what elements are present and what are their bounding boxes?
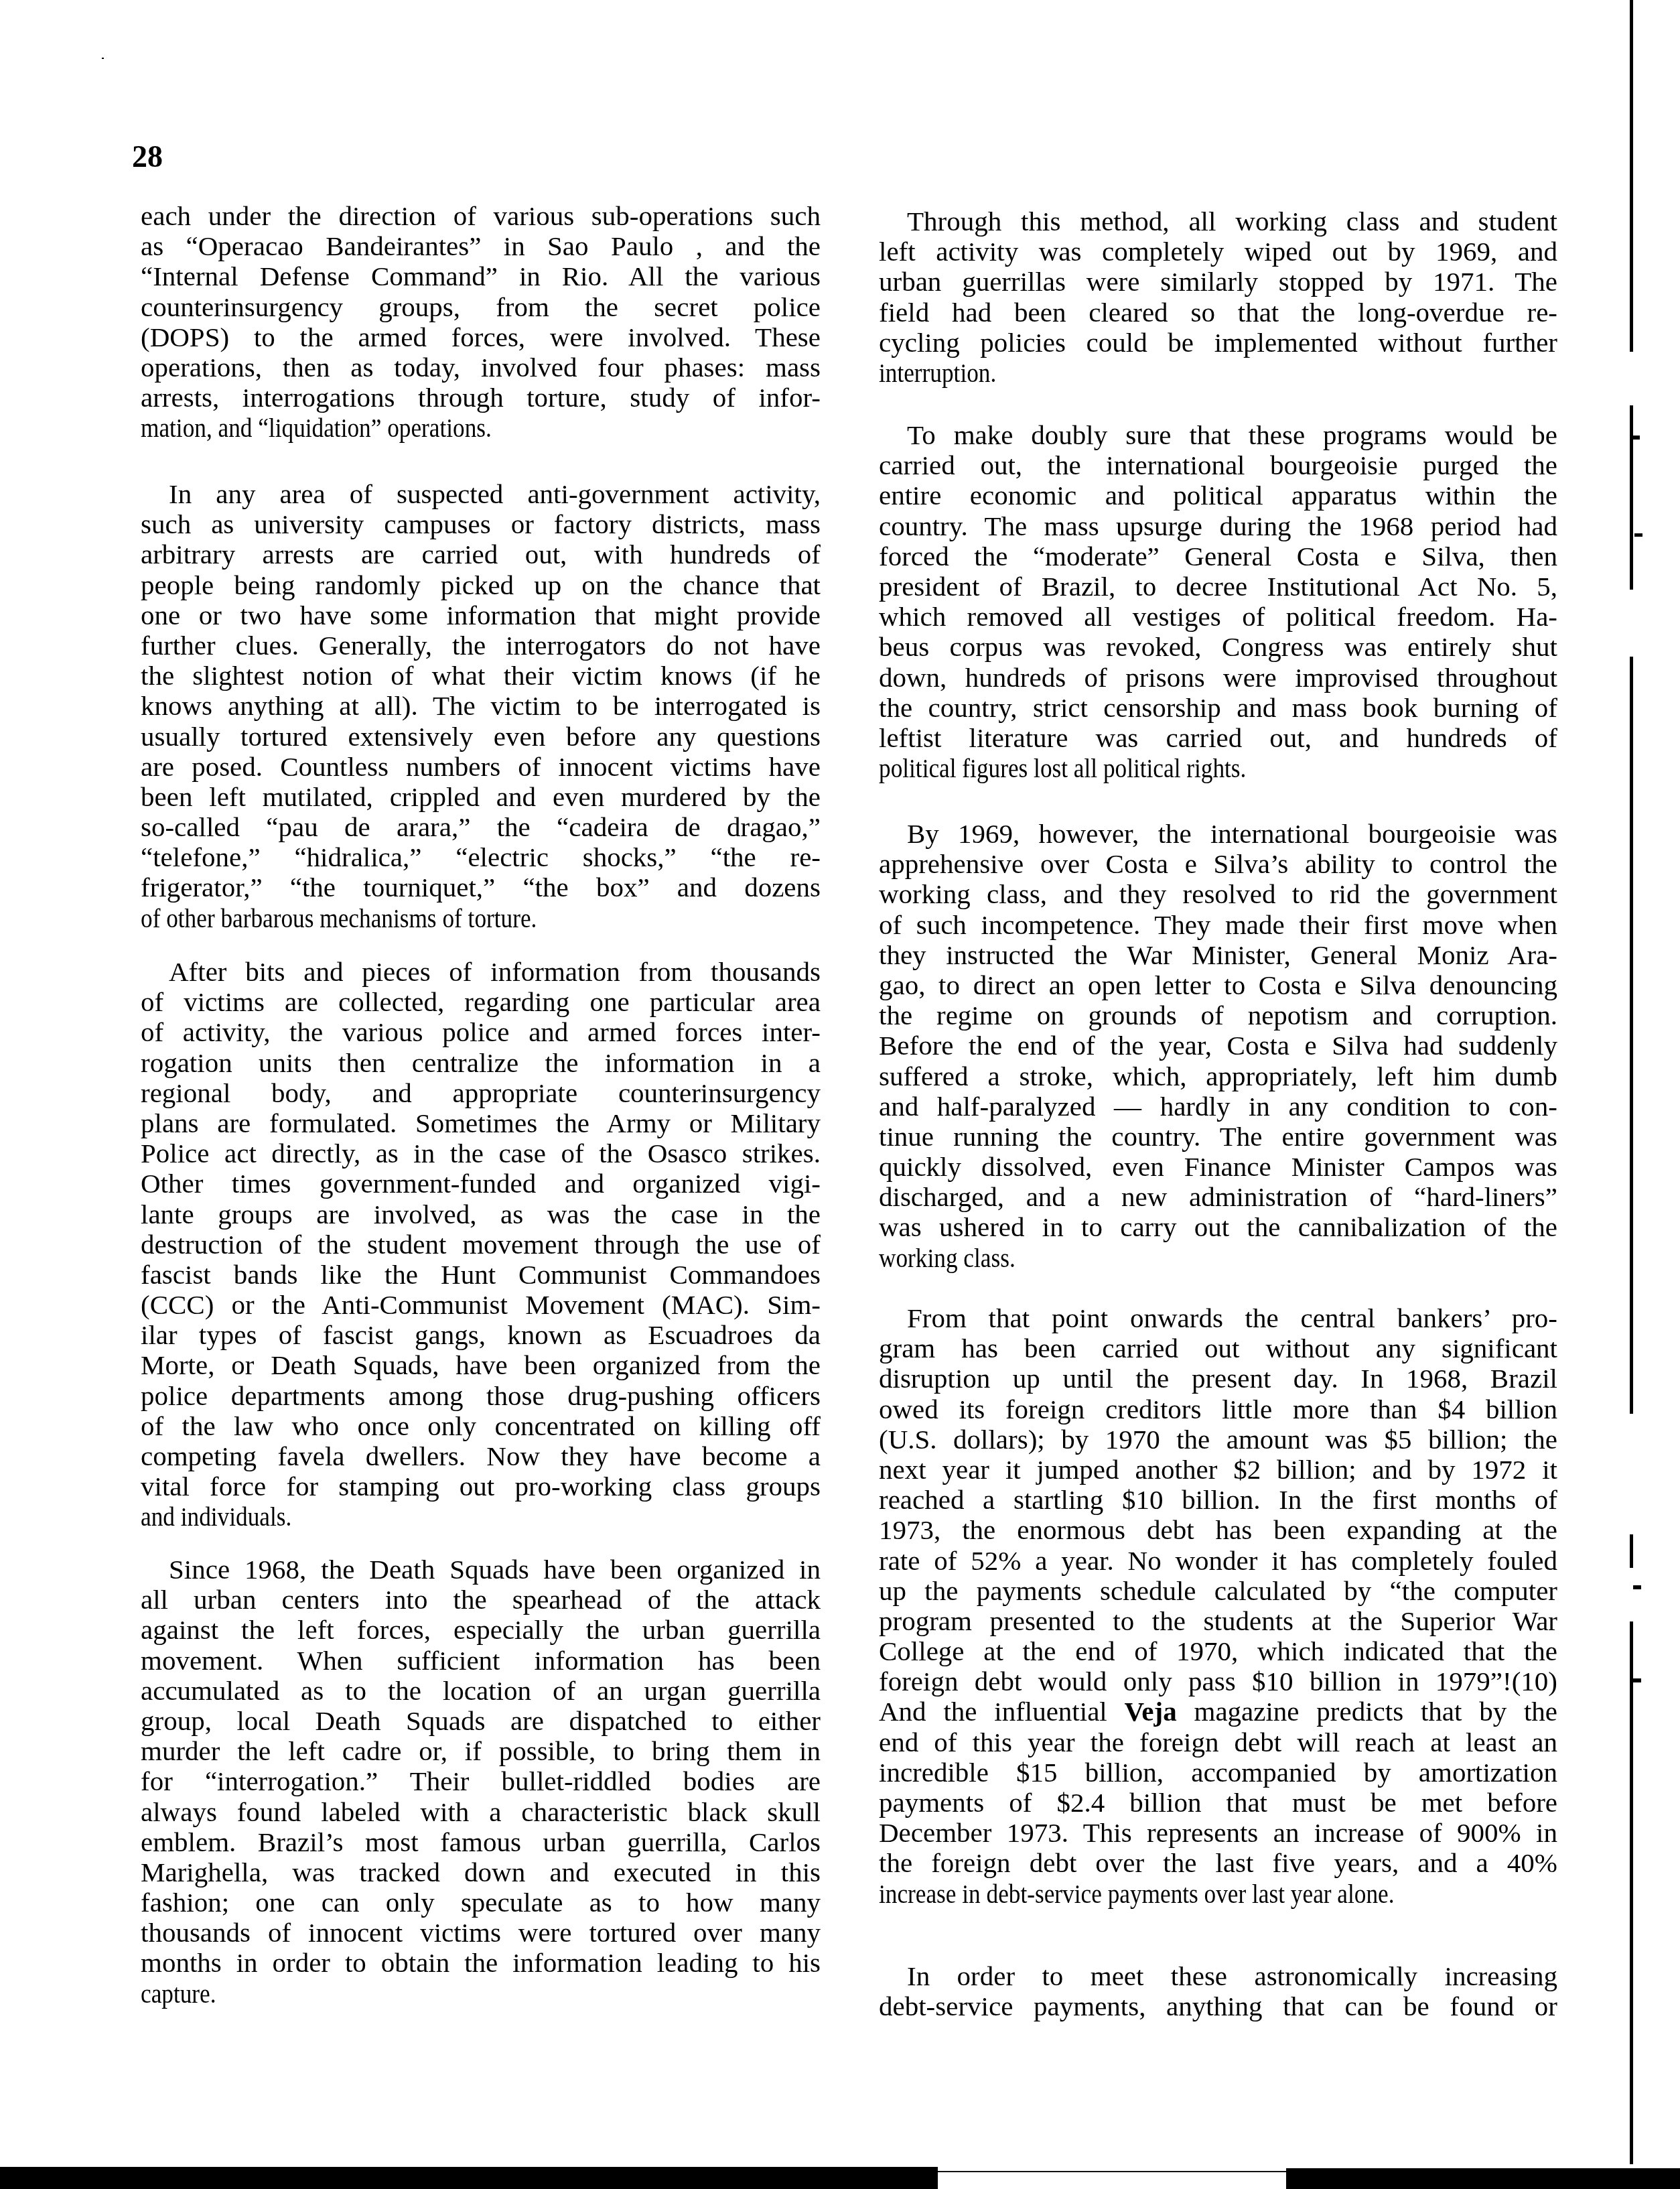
text-line: debt-service payments, anything that can… [879,1991,1557,2021]
text-line: gram has been carried out without any si… [879,1333,1557,1364]
binding-edge-line [1630,0,1633,2164]
paragraph: Since 1968, the Death Squads have been o… [141,1554,821,2009]
text-line: foreign debt would only pass $10 billion… [879,1666,1557,1697]
text-line: suffered a stroke, which, appropriately,… [879,1061,1557,1091]
binding-edge-gap [1628,1568,1634,1621]
text-line: country. The mass upsurge during the 196… [879,511,1557,541]
text-line: In order to meet these astronomically in… [879,1961,1557,1991]
paragraph: In order to meet these astronomically in… [879,1961,1557,2021]
text-line: political figures lost all political rig… [879,753,1462,783]
text-line: working class, and they resolved to rid … [879,879,1557,909]
text-line: arrests, interrogations through torture,… [141,383,821,413]
text-line: In any area of suspected anti-government… [141,479,821,509]
text-line: emblem. Brazil’s most famous urban guerr… [141,1827,821,1857]
paragraph: From that point onwards the central bank… [879,1303,1557,1909]
text-line: Before the end of the year, Costa e Silv… [879,1031,1557,1061]
text-line: competing favela dwellers. Now they have… [141,1441,821,1471]
text-line: Morte, or Death Squads, have been organi… [141,1350,821,1380]
text-line: usually tortured extensively even before… [141,722,821,752]
text-line: urban guerrillas were similarly stopped … [879,267,1557,297]
text-line: leftist literature was carried out, and … [879,723,1557,753]
text-line: are posed. Countless numbers of innocent… [141,752,821,782]
text-line: knows anything at all). The victim to be… [141,691,821,721]
scan-speck [1633,1585,1641,1589]
text-line: next year it jumped another $2 billion; … [879,1455,1557,1485]
paragraph: each under the direction of various sub-… [141,201,821,444]
text-line: police departments among those drug-push… [141,1381,821,1411]
text-line: the country, strict censorship and mass … [879,693,1557,723]
text-line: rate of 52% a year. No wonder it has com… [879,1546,1557,1576]
bottom-scan-bar [1286,2168,1680,2189]
text-line: gao, to direct an open letter to Costa e… [879,970,1557,1000]
text-line: Since 1968, the Death Squads have been o… [141,1554,821,1585]
text-line: frigerator,” “the tourniquet,” “the box”… [141,872,821,903]
text-line: vital force for stamping out pro-working… [141,1471,821,1502]
text-line: beus corpus was revoked, Congress was en… [879,632,1557,662]
bottom-scan-bar [0,2167,938,2189]
text-line: After bits and pieces of information fro… [141,957,821,987]
text-line: group, local Death Squads are dispatched… [141,1706,821,1736]
text-line: people being randomly picked up on the c… [141,570,821,600]
text-line: the regime on grounds of nepotism and co… [879,1000,1557,1031]
text-line: the foreign debt over the last five year… [879,1848,1557,1878]
text-line: owed its foreign creditors little more t… [879,1394,1557,1424]
text-line: capture. [141,1979,725,2009]
text-line: so-called “pau de arara,” the “cadeira d… [141,812,821,842]
text-line: all urban centers into the spearhead of … [141,1585,821,1615]
text-line: arbitrary arrests are carried out, with … [141,539,821,570]
text-line: (DOPS) to the armed forces, were involve… [141,322,821,352]
text-line: lante groups are involved, as was the ca… [141,1199,821,1230]
text-line: program presented to the students at the… [879,1606,1557,1636]
text-line: movement. When sufficient information ha… [141,1646,821,1676]
text-line: Marighella, was tracked down and execute… [141,1857,821,1887]
text-line: plans are formulated. Sometimes the Army… [141,1108,821,1138]
binding-edge-gap [1628,1414,1634,1534]
text-line: Other times government-funded and organi… [141,1169,821,1199]
binding-edge-gap [1628,352,1634,405]
text-line: been left mutilated, crippled and even m… [141,782,821,812]
text-line: which removed all vestiges of political … [879,602,1557,632]
text-line: they instructed the War Minister, Genera… [879,940,1557,970]
text-line: as “Operacao Bandeirantes” in Sao Paulo … [141,231,821,261]
text-line: “telefone,” “hidralica,” “electric shock… [141,842,821,872]
text-line: (CCC) or the Anti-Communist Movement (MA… [141,1290,821,1320]
text-line: By 1969, however, the international bour… [879,819,1557,849]
scan-speck [1634,533,1642,537]
binding-edge-gap [1628,590,1634,657]
text-line: of the law who once only concentrated on… [141,1411,821,1441]
text-line: president of Brazil, to decree Instituti… [879,572,1557,602]
text-line: ilar types of fascist gangs, known as Es… [141,1320,821,1350]
text-line: apprehensive over Costa e Silva’s abilit… [879,849,1557,879]
text-line: interruption. [879,358,1462,388]
text-line: further clues. Generally, the interrogat… [141,631,821,661]
text-line: months in order to obtain the informatio… [141,1948,821,1978]
text-line: was ushered in to carry out the cannibal… [879,1212,1557,1242]
paragraph: Through this method, all working class a… [879,206,1557,388]
text-line: operations, then as today, involved four… [141,352,821,383]
text-line: always found labeled with a characterist… [141,1797,821,1827]
text-line: for “interrogation.” Their bullet-riddle… [141,1766,821,1796]
text-line: working class. [879,1243,1462,1273]
text-line: fashion; one can only speculate as to ho… [141,1887,821,1918]
text-line: of victims are collected, regarding one … [141,987,821,1017]
text-line: rogation units then centralize the infor… [141,1048,821,1078]
text-line: end of this year the foreign debt will r… [879,1727,1557,1757]
paragraph: By 1969, however, the international bour… [879,819,1557,1273]
emphasized-text: Veja [1125,1696,1177,1727]
text-line: tinue running the country. The entire go… [879,1122,1557,1152]
text-line: fascist bands like the Hunt Communist Co… [141,1260,821,1290]
text-line: such as university campuses or factory d… [141,509,821,539]
text-line: the slightest notion of what their victi… [141,661,821,691]
text-line: quickly dissolved, even Finance Minister… [879,1152,1557,1182]
text-line: And the influential Veja magazine predic… [879,1697,1557,1727]
text-line: murder the left cadre or, if possible, t… [141,1736,821,1766]
text-line: counterinsurgency groups, from the secre… [141,292,821,322]
text-line: regional body, and appropriate counterin… [141,1078,821,1108]
text-line: field had been cleared so that the long-… [879,297,1557,328]
text-line: increase in debt-service payments over l… [879,1879,1462,1909]
text-line: entire economic and political apparatus … [879,480,1557,511]
text-line: discharged, and a new administration of … [879,1182,1557,1212]
page-number: 28 [132,139,163,174]
text-line: up the payments schedule calculated by “… [879,1576,1557,1606]
text-line: (U.S. dollars); by 1970 the amount was $… [879,1424,1557,1455]
text-line: cycling policies could be implemented wi… [879,328,1557,358]
text-line: left activity was completely wiped out b… [879,237,1557,267]
text-line: From that point onwards the central bank… [879,1303,1557,1333]
text-line: incredible $15 billion, accompanied by a… [879,1757,1557,1788]
text-line: of other barbarous mechanisms of torture… [141,903,725,933]
text-line: College at the end of 1970, which indica… [879,1636,1557,1666]
text-line: Police act directly, as in the case of t… [141,1138,821,1169]
text-line: down, hundreds of prisons were improvise… [879,663,1557,693]
scan-speck [102,58,104,59]
text-line: mation, and “liquidation” operations. [141,413,725,443]
paragraph: In any area of suspected anti-government… [141,479,821,933]
text-line: and individuals. [141,1502,725,1532]
text-line: 1973, the enormous debt has been expandi… [879,1515,1557,1545]
text-line: of activity, the various police and arme… [141,1017,821,1047]
text-line: reached a startling $10 billion. In the … [879,1485,1557,1515]
text-line: To make doubly sure that these programs … [879,420,1557,450]
paragraph: To make doubly sure that these programs … [879,420,1557,783]
text-line: “Internal Defense Command” in Rio. All t… [141,261,821,291]
text-line: thousands of innocent victims were tortu… [141,1918,821,1948]
text-line: one or two have some information that mi… [141,600,821,631]
text-line: Through this method, all working class a… [879,206,1557,237]
text-line: December 1973. This represents an increa… [879,1818,1557,1848]
text-line: of such incompetence. They made their fi… [879,910,1557,940]
text-line: forced the “moderate” General Costa e Si… [879,541,1557,572]
text-line: and half-paralyzed — hardly in any condi… [879,1091,1557,1122]
text-line: payments of $2.4 billion that must be me… [879,1788,1557,1818]
scan-speck [1633,436,1640,440]
text-line: destruction of the student movement thro… [141,1230,821,1260]
text-line: carried out, the international bourgeois… [879,450,1557,480]
text-line: accumulated as to the location of an urg… [141,1676,821,1706]
scan-speck [1633,1678,1641,1682]
text-line: each under the direction of various sub-… [141,201,821,231]
paragraph: After bits and pieces of information fro… [141,957,821,1532]
bottom-scan-gap [938,2171,1286,2189]
text-line: against the left forces, especially the … [141,1615,821,1645]
text-line: disruption up until the present day. In … [879,1364,1557,1394]
